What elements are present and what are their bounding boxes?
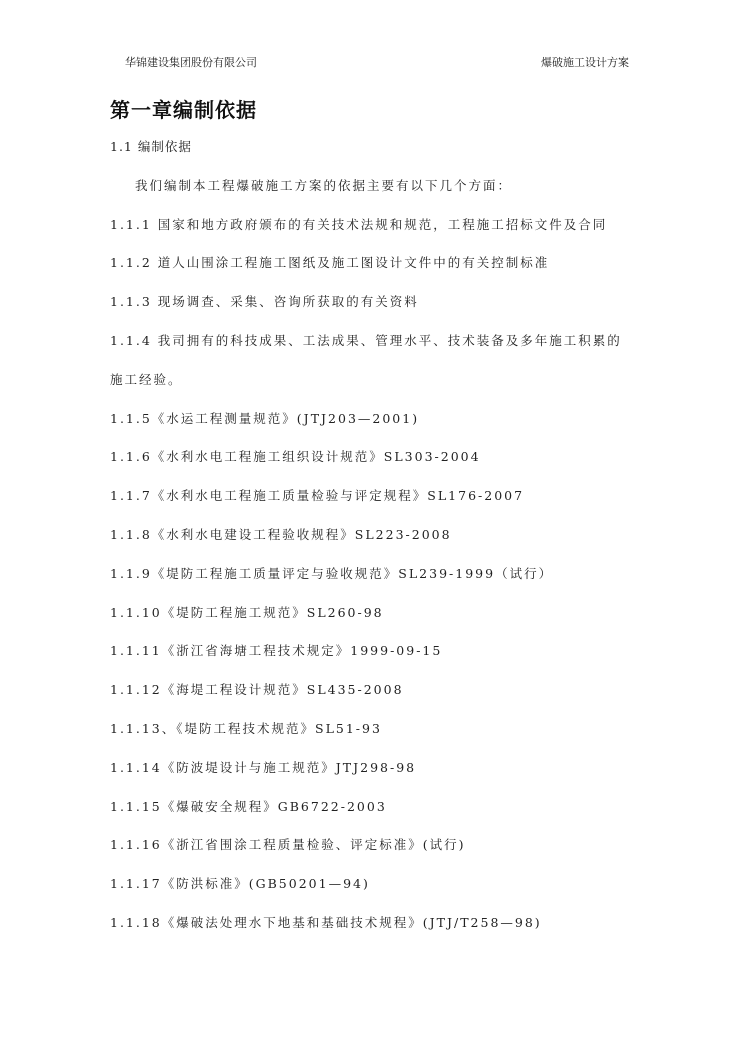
list-item: 1.1.6《水利水电工程施工组织设计规范》SL303-2004: [110, 446, 650, 485]
section-heading: 1.1 编制依据: [110, 136, 650, 175]
list-item: 1.1.12《海堤工程设计规范》SL435-2008: [110, 679, 650, 718]
document-page: 华锦建设集团股份有限公司 爆破施工设计方案 第一章编制依据 1.1 编制依据 我…: [0, 0, 744, 1052]
list-item: 1.1.9《堤防工程施工质量评定与验收规范》SL239-1999（试行）: [110, 563, 650, 602]
list-item: 1.1.15《爆破安全规程》GB6722-2003: [110, 796, 650, 835]
list-item: 1.1.16《浙江省围涂工程质量检验、评定标准》(试行): [110, 834, 650, 873]
list-item: 1.1.11《浙江省海塘工程技术规定》1999-09-15: [110, 640, 650, 679]
list-item: 1.1.4 我司拥有的科技成果、工法成果、管理水平、技术装备及多年施工积累的: [110, 330, 650, 369]
page-header: 华锦建设集团股份有限公司 爆破施工设计方案: [125, 54, 629, 70]
list-item: 1.1.7《水利水电工程施工质量检验与评定规程》SL176-2007: [110, 485, 650, 524]
chapter-title: 第一章编制依据: [110, 94, 257, 123]
list-item: 1.1.3 现场调查、采集、咨询所获取的有关资料: [110, 291, 650, 330]
header-company-name: 华锦建设集团股份有限公司: [125, 54, 257, 70]
list-item: 1.1.13、《堤防工程技术规范》SL51-93: [110, 718, 650, 757]
list-item: 1.1.18《爆破法处理水下地基和基础技术规程》(JTJ/T258—98): [110, 912, 650, 951]
list-item: 1.1.1 国家和地方政府颁布的有关技术法规和规范，工程施工招标文件及合同: [110, 214, 650, 253]
list-item: 1.1.2 道人山围涂工程施工图纸及施工图设计文件中的有关控制标准: [110, 252, 650, 291]
list-item: 1.1.8《水利水电建设工程验收规程》SL223-2008: [110, 524, 650, 563]
document-body: 1.1 编制依据 我们编制本工程爆破施工方案的依据主要有以下几个方面： 1.1.…: [110, 136, 650, 951]
list-item: 1.1.14《防波堤设计与施工规范》JTJ298-98: [110, 757, 650, 796]
section-intro: 我们编制本工程爆破施工方案的依据主要有以下几个方面：: [110, 175, 650, 214]
list-item: 1.1.10《堤防工程施工规范》SL260-98: [110, 602, 650, 641]
list-item-continuation: 施工经验。: [110, 369, 650, 408]
list-item: 1.1.17《防洪标准》(GB50201—94): [110, 873, 650, 912]
list-item: 1.1.5《水运工程测量规范》(JTJ203—2001): [110, 408, 650, 447]
header-document-title: 爆破施工设计方案: [541, 54, 629, 70]
